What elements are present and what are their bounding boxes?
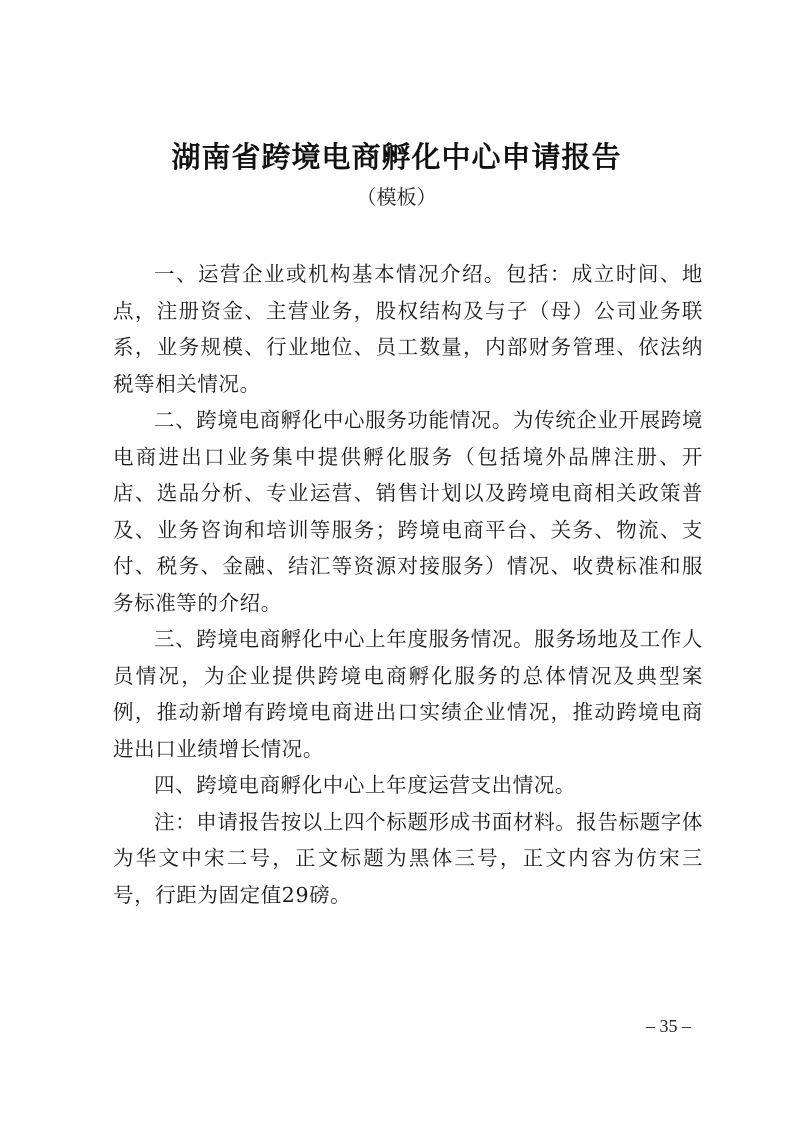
- page-number: – 35 –: [646, 1016, 691, 1037]
- section-1-paragraph: 一、运营企业或机构基本情况介绍。包括：成立时间、地点，注册资金、主营业务，股权结…: [113, 256, 703, 402]
- document-body: 一、运营企业或机构基本情况介绍。包括：成立时间、地点，注册资金、主营业务，股权结…: [113, 256, 703, 913]
- section-3-paragraph: 三、跨境电商孵化中心上年度服务情况。服务场地及工作人员情况，为企业提供跨境电商孵…: [113, 621, 703, 767]
- section-4-paragraph: 四、跨境电商孵化中心上年度运营支出情况。: [113, 767, 703, 804]
- note-paragraph: 注：申请报告按以上四个标题形成书面材料。报告标题字体为华文中宋二号，正文标题为黑…: [113, 804, 703, 914]
- document-subtitle: （模板）: [0, 182, 793, 212]
- section-2-paragraph: 二、跨境电商孵化中心服务功能情况。为传统企业开展跨境电商进出口业务集中提供孵化服…: [113, 402, 703, 621]
- document-title: 湖南省跨境电商孵化中心申请报告: [0, 137, 793, 177]
